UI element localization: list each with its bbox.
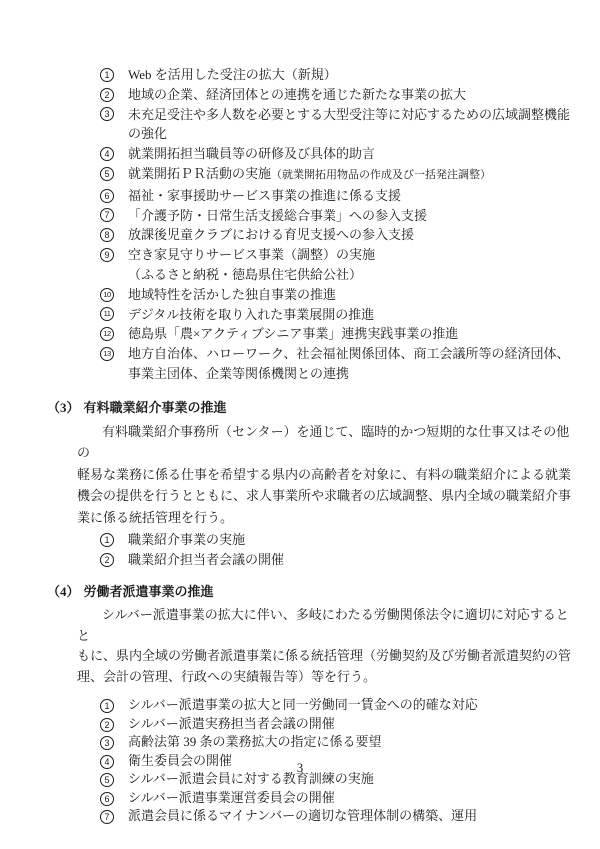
circled-number-marker: 13 [100, 347, 114, 361]
circled-number-marker: 5 [100, 167, 114, 181]
document-page: 1 Web を活用した受注の拡大（新規） 2 地域の企業、経済団体との連携を通じ… [0, 0, 600, 849]
list-item: 1 シルバー派遣事業の拡大と同一労働同一賃金への的確な対応 [100, 696, 580, 715]
circled-number-marker: 7 [100, 208, 114, 222]
circled-number-marker: 4 [100, 147, 114, 161]
list-item-text: 地域の企業、経済団体との連携を通じた新たな事業の拡大 [128, 85, 580, 105]
list-item-text: 福祉・家事援助サービス事業の推進に係る支援 [128, 186, 580, 206]
section-3-numbered-list: 1 職業紹介事業の実施 2 職業紹介担当者会議の開催 [100, 530, 580, 569]
list-item-text: 空き家見守りサービス事業（調整）の実施 （ふるさと納税・徳島県住宅供給公社） [128, 245, 580, 285]
circled-number-marker: 11 [100, 307, 114, 321]
section-4-label: （4） [47, 584, 80, 599]
list-item-text: 就業開拓担当職員等の研修及び具体的助言 [128, 144, 580, 164]
list-item-text: 地方自治体、ハローワーク、社会福祉関係団体、商工会議所等の経済団体、 事業主団体… [128, 344, 580, 384]
circled-number-marker: 2 [100, 88, 114, 102]
circled-number-marker: 2 [100, 553, 114, 567]
section-3-title: 有料職業紹介事業の推進 [84, 400, 227, 415]
list-item-text: シルバー派遣事業運営委員会の開催 [128, 789, 580, 808]
list-item-text: シルバー派遣事業の拡大と同一労働同一賃金への的確な対応 [128, 696, 580, 715]
list-item: 1 Web を活用した受注の拡大（新規） [100, 65, 580, 85]
section-3-paragraph: 有料職業紹介事務所（センター）を通じて、臨時的かつ短期的な仕事又はその他の 軽易… [77, 421, 580, 529]
circled-number-marker: 8 [100, 228, 114, 242]
section-4-heading: （4）労働者派遣事業の推進 [47, 582, 580, 602]
list-item: 4 就業開拓担当職員等の研修及び具体的助言 [100, 144, 580, 164]
list-item: 2 職業紹介担当者会議の開催 [100, 550, 580, 570]
page-number: 3 [0, 761, 600, 776]
circled-number-marker: 1 [100, 68, 114, 82]
list-item-text: 派遣会員に係るマイナンバーの適切な管理体制の構築、運用 [128, 807, 580, 826]
list-item: 13 地方自治体、ハローワーク、社会福祉関係団体、商工会議所等の経済団体、 事業… [100, 344, 580, 384]
list-item: 6 シルバー派遣事業運営委員会の開催 [100, 789, 580, 808]
list-item-text: 地域特性を活かした独自事業の推進 [128, 285, 580, 305]
circled-number-marker: 2 [100, 718, 114, 732]
circled-number-marker: 12 [100, 327, 114, 341]
list-item: 2 地域の企業、経済団体との連携を通じた新たな事業の拡大 [100, 85, 580, 105]
list-item: 2 シルバー派遣実務担当者会議の開催 [100, 715, 580, 734]
list-item-text: 徳島県「農×アクティブシニア事業」連携実践事業の推進 [128, 324, 580, 344]
circled-number-marker: 3 [100, 107, 114, 121]
section-4-title: 労働者派遣事業の推進 [84, 584, 214, 599]
list-item: 3 未充足受注や多人数を必要とする大型受注等に対応するための広域調整機能 の強化 [100, 105, 580, 145]
list-item-text: 「介護予防・日常生活支援総合事業」への参入支援 [128, 206, 580, 226]
list-item-text: デジタル技術を取り入れた事業展開の推進 [128, 305, 580, 325]
circled-number-marker: 10 [100, 288, 114, 302]
section-3-heading: （3）有料職業紹介事業の推進 [47, 398, 580, 418]
circled-number-marker: 6 [100, 189, 114, 203]
list-item: 3 高齢法第 39 条の業務拡大の指定に係る要望 [100, 733, 580, 752]
section-3-label: （3） [47, 400, 80, 415]
list-item-note: （就業開拓用物品の作成及び一括発注調整） [271, 169, 491, 181]
list-item: 10 地域特性を活かした独自事業の推進 [100, 285, 580, 305]
list-item-text: 職業紹介事業の実施 [128, 530, 580, 550]
list-item: 9 空き家見守りサービス事業（調整）の実施 （ふるさと納税・徳島県住宅供給公社） [100, 245, 580, 285]
list-item-text: 職業紹介担当者会議の開催 [128, 550, 580, 570]
list-item-text: 未充足受注や多人数を必要とする大型受注等に対応するための広域調整機能 の強化 [128, 105, 580, 145]
circled-number-marker: 3 [100, 736, 114, 750]
list-item: 5 就業開拓ＰＲ活動の実施（就業開拓用物品の作成及び一括発注調整） [100, 164, 580, 186]
list-item: 7 派遣会員に係るマイナンバーの適切な管理体制の構築、運用 [100, 807, 580, 826]
list-item: 11 デジタル技術を取り入れた事業展開の推進 [100, 305, 580, 325]
circled-number-marker: 1 [100, 533, 114, 547]
list-item: 6 福祉・家事援助サービス事業の推進に係る支援 [100, 186, 580, 206]
top-numbered-list: 1 Web を活用した受注の拡大（新規） 2 地域の企業、経済団体との連携を通じ… [100, 65, 580, 384]
circled-number-marker: 6 [100, 792, 114, 806]
circled-number-marker: 7 [100, 810, 114, 824]
circled-number-marker: 1 [100, 699, 114, 713]
circled-number-marker: 9 [100, 248, 114, 262]
list-item-main-text: 就業開拓ＰＲ活動の実施 [128, 166, 271, 181]
list-item-text: 就業開拓ＰＲ活動の実施（就業開拓用物品の作成及び一括発注調整） [128, 164, 580, 186]
list-item-text: 放課後児童クラブにおける育児支援への参入支援 [128, 225, 580, 245]
list-item: 1 職業紹介事業の実施 [100, 530, 580, 550]
section-4-paragraph: シルバー派遣事業の拡大に伴い、多岐にわたる労働関係法令に適切に対応するとと もに… [77, 605, 580, 687]
list-item-text: シルバー派遣実務担当者会議の開催 [128, 715, 580, 734]
list-item-text: 高齢法第 39 条の業務拡大の指定に係る要望 [128, 733, 580, 752]
document-content: 1 Web を活用した受注の拡大（新規） 2 地域の企業、経済団体との連携を通じ… [0, 0, 600, 826]
list-item: 8 放課後児童クラブにおける育児支援への参入支援 [100, 225, 580, 245]
list-item: 7 「介護予防・日常生活支援総合事業」への参入支援 [100, 206, 580, 226]
list-item: 12 徳島県「農×アクティブシニア事業」連携実践事業の推進 [100, 324, 580, 344]
list-item-text: Web を活用した受注の拡大（新規） [128, 65, 580, 85]
